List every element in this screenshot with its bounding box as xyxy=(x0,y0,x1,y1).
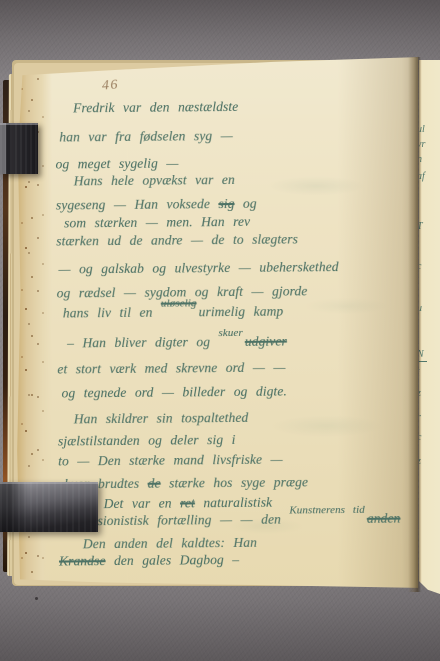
handwriting-fragment: c xyxy=(419,432,440,444)
handwriting-line: sygeseng — Han voksede sig og xyxy=(56,193,408,213)
handwriting-line: et stort værk med skrevne ord — — xyxy=(57,357,409,377)
page-number: 46 xyxy=(101,77,119,94)
handwriting-segment: Kunstnerens tid xyxy=(289,504,365,517)
handwriting-line: som stærken — men. Han rev xyxy=(64,211,408,231)
handwriting-segment: og tegnede ord — billeder og digte. xyxy=(61,384,286,401)
handwriting-segment: som stærken — men. Han rev xyxy=(64,214,250,231)
handwriting-fragment: n xyxy=(419,154,440,166)
handwriting-line: impressionistisk fortælling — — den Kuns… xyxy=(61,509,411,529)
handwriting-line: stærken ud de andre — de to slægters xyxy=(56,229,408,249)
handwriting-fragment: r xyxy=(419,412,440,424)
handwriting-segment: stærke hos syge præge xyxy=(160,474,308,490)
handwriting-segment: udgiver xyxy=(245,334,287,349)
black-strap-bottom xyxy=(0,482,98,532)
black-strap-top xyxy=(0,123,38,174)
handwriting-segment: naturalistisk xyxy=(195,495,272,511)
handwriting-segment: Den anden del kaldtes: Han xyxy=(83,535,257,552)
handwriting-line: sjælstilstanden og deler sig i xyxy=(58,429,410,449)
handwriting-fragment: z xyxy=(419,388,440,400)
dust-speck xyxy=(35,597,38,600)
handwriting-line: hans liv til en uløseligurimelig kamp xyxy=(63,301,409,321)
handwriting-segment: Fredrik var den næstældste xyxy=(73,99,238,115)
handwriting-block: Fredrik var den næstældstehan var fra fø… xyxy=(55,96,411,569)
handwriting-segment: ret xyxy=(180,495,195,510)
handwriting-fragment: z xyxy=(419,456,440,468)
handwriting-segment: og xyxy=(234,196,256,211)
handwriting-segment: — og galskab og ulvestyrke — ubehersketh… xyxy=(58,259,338,276)
gutter-shadow xyxy=(408,57,421,592)
handwriting-line: Han skildrer sin tospaltethed xyxy=(74,407,410,427)
handwriting-segment: et stort værk med skrevne ord — — xyxy=(57,360,285,377)
handwriting-line: Fredrik var den næstældste xyxy=(73,96,407,116)
handwriting-segment: – Han bliver digter og xyxy=(67,334,219,350)
handwriting-segment: uløselig xyxy=(161,297,197,309)
handwriting-line: — og galskab og ulvestyrke — ubehersketh… xyxy=(58,257,408,277)
handwriting-segment: skuer xyxy=(218,327,242,339)
handwriting-segment: sygeseng — Han voksede xyxy=(56,196,219,212)
handwriting-segment: de xyxy=(148,476,161,491)
handwriting-segment: Krandse xyxy=(59,553,106,568)
handwriting-line: hvor brudtes de stærke hos syge præge xyxy=(64,472,410,492)
handwriting-fragment: vr xyxy=(419,139,440,151)
handwriting-segment: anden xyxy=(367,511,401,526)
handwriting-segment: Han skildrer sin tospaltethed xyxy=(74,410,249,427)
handwriting-line: og rædsel — sygdom og kraft — gjorde xyxy=(57,281,409,301)
handwriting-fragment: u xyxy=(419,303,440,315)
handwriting-segment: han var fra fødselen syg — xyxy=(59,128,233,145)
handwriting-segment: den gales Dagbog – xyxy=(105,552,239,568)
right-page-fragments: ulvrnafTcuNizrcz xyxy=(419,60,440,468)
handwriting-segment: stærken ud de andre — de to slægters xyxy=(56,231,298,248)
handwriting-fragment: T xyxy=(419,221,440,233)
photo-notebook-page: 46 Fredrik var den næstældstehan var fra… xyxy=(0,0,440,661)
handwriting-segment: sjælstilstanden og deler sig i xyxy=(58,432,236,449)
handwriting-segment: hans liv til en xyxy=(63,305,161,321)
handwriting-segment: urimelig kamp xyxy=(198,304,283,320)
handwriting-fragment: ul xyxy=(419,124,440,136)
handwriting-line: Krandse den gales Dagbog – xyxy=(59,549,411,569)
next-page-edge: ulvrnafTcuNizrcz xyxy=(419,60,440,594)
handwriting-line: to — Den stærke mand livsfriske — xyxy=(58,449,410,469)
handwriting-segment: sig xyxy=(218,196,234,211)
handwriting-fragment: i xyxy=(419,368,440,380)
handwriting-line: – Han bliver digter og skuerudgiver xyxy=(67,331,409,351)
handwriting-segment: og meget sygelig — xyxy=(55,155,178,171)
handwriting-line: og tegnede ord — billeder og digte. xyxy=(61,381,409,401)
handwriting-segment: to — Den stærke mand livsfriske — xyxy=(58,452,283,469)
handwriting-line: han var fra fødselen syg — xyxy=(59,125,407,145)
handwriting-fragment: af xyxy=(419,171,440,183)
handwriting-line: Hans hele opvækst var en xyxy=(74,169,408,189)
handwriting-segment: Hans hele opvækst var en xyxy=(74,172,235,188)
handwriting-fragment: c xyxy=(419,261,440,273)
